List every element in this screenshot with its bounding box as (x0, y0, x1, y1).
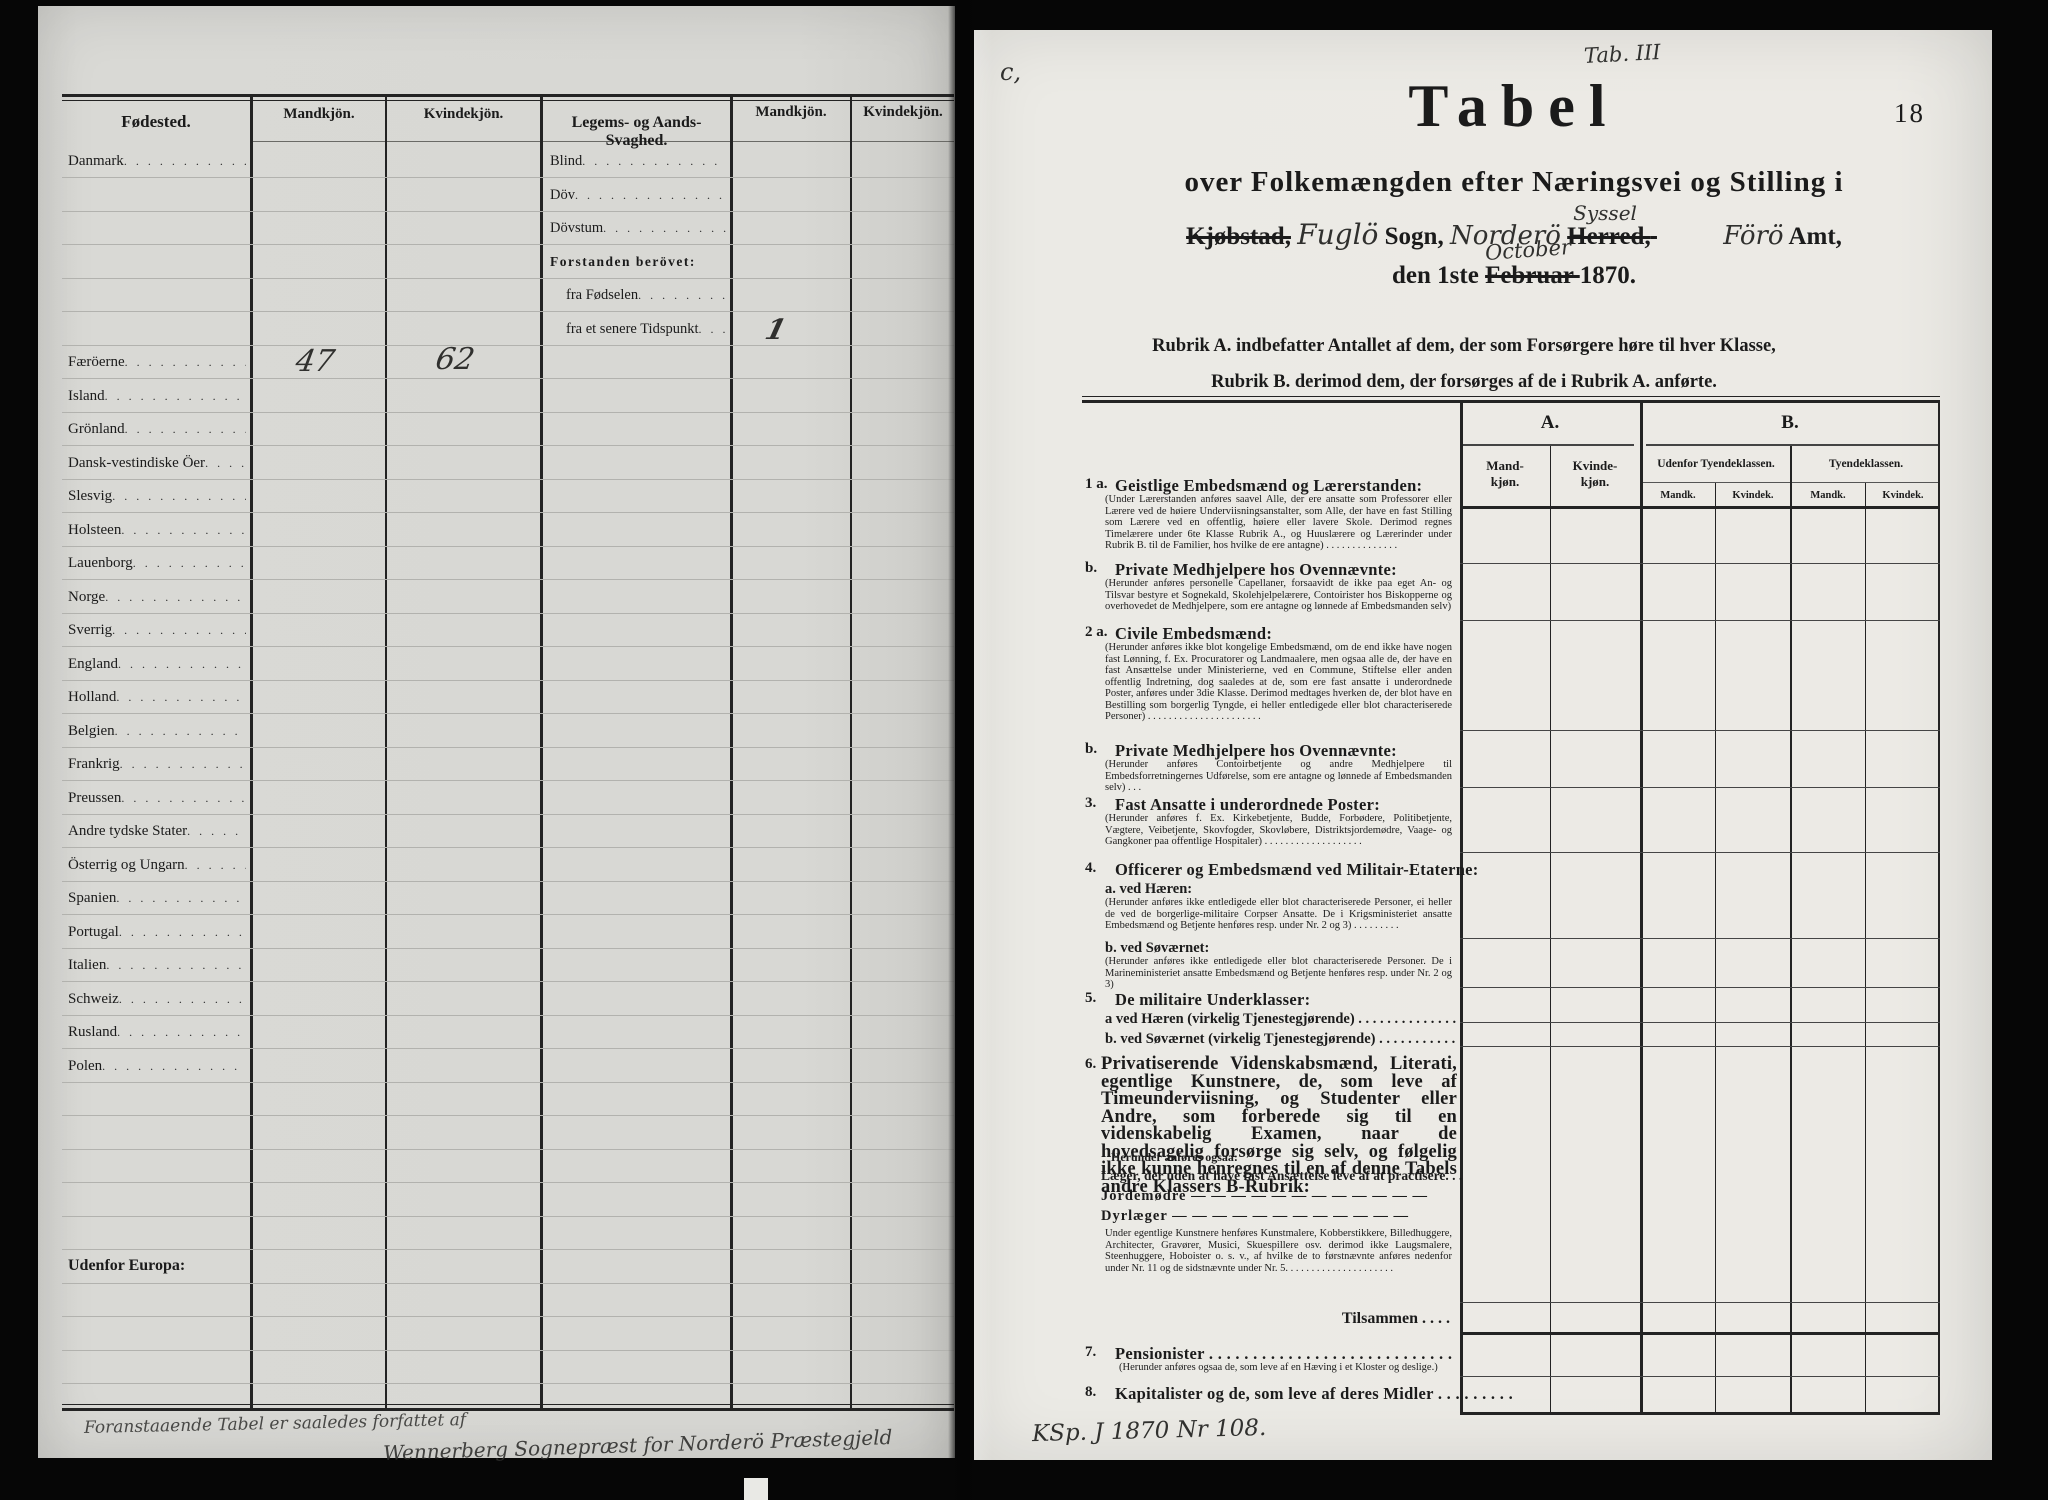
classification-item: 4.Officerer og Embedsmænd ved Militair-E… (1115, 860, 1450, 880)
item-number: 5. (1085, 990, 1113, 1007)
column-header-female2: Kvindekjön. (852, 104, 954, 121)
row-rule (62, 177, 954, 178)
row-rule (62, 311, 954, 312)
corner-mark-handwriting: c, (1000, 58, 1021, 86)
infirmity-row: Döv . . . . . . . . . . . . . . . . . . … (550, 187, 726, 204)
birthplace-label: Færöerne (68, 354, 125, 371)
column-header-male: Mandkjön. (253, 106, 385, 123)
syssel-handwriting: Syssel (1573, 201, 1637, 225)
item-text: Dyrlæger — — — — — — — — — — — — (1101, 1208, 1450, 1225)
infirmity-row: Blind . . . . . . . . . . . . . . . . . … (550, 153, 726, 170)
grid-row-rule (1460, 1302, 1940, 1303)
item-text: b. ved Søværnet (virkelig Tjenestegjøren… (1105, 1031, 1450, 1048)
birthplace-row: Dansk-vestindiske Öer . . . . . . . . . … (68, 455, 246, 472)
row-rule (62, 1048, 954, 1049)
dotted-leader: . . . . . . . . . . . . . . . . . . . . … (125, 422, 246, 437)
dotted-leader: . . . . . . . . . . . . . . . . . . . . … (102, 1059, 246, 1074)
table-top-rule (1082, 400, 1940, 403)
item-text: (Herunder anføres ogsaa de, som leve af … (1119, 1362, 1450, 1373)
classification-item: (Herunder anføres ikke entledigede eller… (1115, 956, 1450, 991)
herred-label-struck: Herred, Syssel (1567, 223, 1657, 250)
grid-row-rule (1460, 730, 1940, 731)
header-a-male-l1: Mand- (1486, 458, 1524, 473)
item-number: b. (1085, 560, 1113, 577)
row-rule (62, 948, 954, 949)
item-number: 3. (1085, 795, 1113, 812)
row-rule (62, 914, 954, 915)
item-number: 8. (1085, 1384, 1113, 1401)
rule-line (1460, 444, 1634, 446)
classification-item: Tilsammen . . . . (1115, 1310, 1450, 1328)
item-text: Civile Embedsmænd: (1115, 624, 1450, 644)
item-text: (Herunder anføres ikke blot kongelige Em… (1105, 642, 1452, 723)
row-rule (62, 981, 954, 982)
birthplace-label: Danmark (68, 153, 124, 170)
row-rule (62, 546, 954, 547)
infirmity-row: Dövstum . . . . . . . . . . . . . . . . … (550, 220, 726, 237)
column-header-male2: Mandkjön. (732, 104, 850, 121)
row-rule (62, 646, 954, 647)
birthplace-row: Sverrig . . . . . . . . . . . . . . . . … (68, 622, 246, 639)
header-a-male: Mand- kjøn. (1460, 458, 1550, 490)
classification-item: Under egentlige Kunstnere henføres Kunst… (1115, 1228, 1450, 1274)
rule-line (62, 1408, 954, 1411)
row-rule (62, 278, 954, 279)
grid-column-rule (1865, 483, 1866, 1412)
birthplace-label: Sverrig (68, 622, 112, 639)
birthplace-label: Belgien (68, 723, 115, 740)
birthplace-row: Portugal . . . . . . . . . . . . . . . .… (68, 924, 246, 941)
infirmity-label: Forstanden berövet: (550, 254, 696, 270)
dotted-leader: . . . . . . . . . . . . . . . . . . . . … (187, 824, 246, 839)
item-text: Private Medhjelpere hos Ovennævnte: (1115, 560, 1450, 580)
item-number: 7. (1085, 1344, 1113, 1361)
infirmity-label: fra Fødselen (566, 287, 638, 304)
grid-header-bottom (1460, 506, 1940, 509)
item-text: Jordemødre — — — — — — — — — — — — (1101, 1188, 1450, 1205)
classification-item: Læger, der uden at have fast Ansættelse … (1115, 1168, 1450, 1184)
item-text: a. ved Hæren: (1105, 881, 1450, 898)
dotted-leader: . . . . . . . . . . . . . . . . . . . . … (112, 623, 246, 638)
row-rule (62, 1115, 954, 1116)
item-text: (Herunder anføres personelle Capellaner,… (1105, 578, 1452, 613)
birthplace-row: Danmark . . . . . . . . . . . . . . . . … (68, 153, 246, 170)
row-rule (62, 512, 954, 513)
rubrik-b-note: Rubrik B. derimod dem, der forsørges af … (1084, 372, 1844, 393)
classification-item: (Herunder anføres ikke blot kongelige Em… (1115, 642, 1450, 723)
row-rule (62, 579, 954, 580)
classification-item: (Herunder anføres personelle Capellaner,… (1115, 578, 1450, 613)
scanned-census-spread: Fødested. Mandkjön. Kvindekjön. Legems- … (0, 0, 2048, 1500)
column-rule (730, 97, 733, 1408)
grid-row-rule (1460, 938, 1940, 939)
item-text: Læger, der uden at have fast Ansættelse … (1101, 1168, 1450, 1184)
item-text: Pensionister . . . . . . . . . . . . . .… (1115, 1344, 1450, 1364)
row-rule (62, 412, 954, 413)
birthplace-label: Slesvig (68, 488, 112, 505)
row-rule (62, 345, 954, 346)
grid-row-rule (1460, 852, 1940, 853)
grid-column-rule (1550, 446, 1551, 1412)
infirmity-label: Blind (550, 153, 582, 170)
grid-column-rule (1938, 403, 1940, 1412)
birthplace-label: England (68, 656, 118, 673)
classification-item: Dyrlæger — — — — — — — — — — — — (1115, 1208, 1450, 1225)
page-under-sliver (744, 1478, 768, 1500)
dotted-leader: . . . . . . . . . . . . . . . . . . . . … (185, 858, 246, 873)
column-rule (250, 97, 253, 1408)
birthplace-label: Österrig og Ungarn (68, 857, 185, 874)
grid-column-rule (1715, 483, 1716, 1412)
header-sub-col: Mandk. (1642, 490, 1714, 501)
item-text: Fast Ansatte i underordnede Poster: (1115, 795, 1450, 815)
item-text: (Under Lærerstanden anføres saavel Alle,… (1105, 494, 1452, 552)
row-rule (62, 1249, 954, 1250)
item-text: (Herunder anføres ikke entledigede eller… (1105, 956, 1452, 991)
birthplace-row: Polen . . . . . . . . . . . . . . . . . … (68, 1058, 246, 1075)
dotted-leader: . . . . . . . . . . . . . . . . . . . . … (133, 556, 246, 571)
birthplace-row: Spanien . . . . . . . . . . . . . . . . … (68, 890, 246, 907)
grid-row-rule-bold (1460, 1332, 1940, 1335)
classification-item: Jordemødre — — — — — — — — — — — — (1115, 1188, 1450, 1205)
month-text: Februar (1485, 262, 1573, 289)
infirmity-row: fra et senere Tidspunkt . . . . . . . . … (566, 321, 726, 338)
entry-value-female: 62 (433, 342, 477, 377)
header-group-b: B. (1640, 412, 1940, 434)
grid-column-rule (1790, 446, 1792, 1412)
header-sub-col: Mandk. (1792, 490, 1864, 501)
tab-mark-handwriting: Tab. III (1583, 40, 1661, 68)
grid-row-rule (1460, 1022, 1940, 1023)
item-text: Geistlige Embedsmænd og Lærerstanden: (1115, 476, 1450, 496)
column-rule (850, 97, 852, 1408)
birthplace-label: Norge (68, 589, 105, 606)
row-rule (62, 211, 954, 212)
birthplace-label: Grönland (68, 421, 125, 438)
item-text: De militaire Underklasser: (1115, 990, 1450, 1010)
row-rule (62, 479, 954, 480)
kjobstad-label-struck: Kjøbstad, (1186, 223, 1291, 250)
row-rule (62, 847, 954, 848)
birthplace-row: Lauenborg . . . . . . . . . . . . . . . … (68, 555, 246, 572)
header-a-female-l1: Kvinde- (1573, 458, 1618, 473)
birthplace-label: Portugal (68, 924, 119, 941)
birthplace-label: Holsteen (68, 522, 121, 539)
classification-item: 5.De militaire Underklasser: (1115, 990, 1450, 1010)
birthplace-label: Schweiz (68, 991, 119, 1008)
row-rule (62, 713, 954, 714)
birthplace-row: Frankrig . . . . . . . . . . . . . . . .… (68, 756, 246, 773)
grid-row-rule (1460, 620, 1940, 621)
header-group-a: A. (1460, 412, 1640, 434)
item-number: 1 a. (1085, 476, 1113, 493)
item-number: 6. (1085, 1056, 1113, 1073)
dotted-leader: . . . . . . . . . . . . . . . . . . . . … (119, 992, 246, 1007)
classification-item: b. ved Søværnet: (1115, 940, 1450, 957)
amt-label: Amt, (1788, 223, 1841, 250)
date-prefix: den 1ste (1392, 262, 1479, 289)
row-rule (62, 1350, 954, 1351)
row-rule (62, 1149, 954, 1150)
month-label-struck: Februar October (1485, 262, 1580, 289)
classification-item: 1 a.Geistlige Embedsmænd og Lærerstanden… (1115, 476, 1450, 496)
grid-row-rule (1460, 1046, 1940, 1047)
infirmity-label: Döv (550, 187, 575, 204)
column-header-female: Kvindekjön. (387, 106, 540, 123)
classification-item: (Herunder anføres ogsaa de, som leve af … (1115, 1362, 1450, 1373)
section-heading: Udenfor Europa: (68, 1257, 185, 1275)
item-text: Under egentlige Kunstnere henføres Kunst… (1105, 1228, 1452, 1274)
classification-item: 2 a.Civile Embedsmænd: (1115, 624, 1450, 644)
header-sub-col: Kvindek. (1717, 490, 1789, 501)
classification-item: Herunder anføres ogsaa: (1115, 1150, 1450, 1165)
birthplace-row: Holsteen . . . . . . . . . . . . . . . .… (68, 522, 246, 539)
grid-row-rule (1460, 987, 1940, 988)
rule-line (62, 94, 954, 97)
birthplace-row: Andre tydske Stater . . . . . . . . . . … (68, 823, 246, 840)
classification-item: 3.Fast Ansatte i underordnede Poster: (1115, 795, 1450, 815)
row-rule (62, 1316, 954, 1317)
birthplace-row: England . . . . . . . . . . . . . . . . … (68, 656, 246, 673)
table-top-rule (1082, 396, 1940, 397)
row-rule (62, 1015, 954, 1016)
journal-ref-handwriting: KSp. J 1870 Nr 108. (1032, 1415, 1267, 1447)
item-number: b. (1085, 741, 1113, 758)
dotted-leader: . . . . . . . . . . . . . . . . . . . . … (205, 456, 246, 471)
item-text: (Herunder anføres Contoirbetjente og and… (1105, 759, 1452, 794)
date-line: den 1ste Februar October 1870. (1064, 262, 1964, 290)
rule-line (1646, 444, 1940, 446)
classification-item: (Under Lærerstanden anføres saavel Alle,… (1115, 494, 1450, 552)
herred-text: Herred, (1567, 223, 1651, 250)
dotted-leader: . . . . . . . . . . . . . . . . . . . . … (116, 690, 246, 705)
item-text: Private Medhjelpere hos Ovennævnte: (1115, 741, 1450, 761)
classification-item: b. ved Søværnet (virkelig Tjenestegjøren… (1115, 1031, 1450, 1048)
dotted-leader: . . . . . . . . . . . . . . . . . . . . … (120, 757, 246, 772)
dotted-leader: . . . . . . . . . . . . . . . . . . . . … (112, 489, 246, 504)
page-title: Tabel (1114, 72, 1914, 141)
birthplace-label: Holland (68, 689, 116, 706)
dotted-leader: . . . . . . . . . . . . . . . . . . . . … (118, 657, 246, 672)
birthplace-label: Italien (68, 957, 106, 974)
infirmity-label: Dövstum (550, 220, 603, 237)
dotted-leader: . . . . . . . . . . . . . . . . . . . . … (116, 891, 246, 906)
birthplace-row: Österrig og Ungarn . . . . . . . . . . .… (68, 857, 246, 874)
birthplace-row: Færöerne . . . . . . . . . . . . . . . .… (68, 354, 246, 371)
row-rule (62, 780, 954, 781)
row-rule (62, 814, 954, 815)
birthplace-row: Italien . . . . . . . . . . . . . . . . … (68, 957, 246, 974)
item-text: Kapitalister og de, som leve af deres Mi… (1115, 1384, 1450, 1404)
row-rule (62, 680, 954, 681)
month-handwriting: October (1484, 235, 1571, 265)
column-header-infirmity: Legems- og Aands-Svaghed. (543, 114, 730, 150)
year-label: 1870. (1580, 262, 1636, 289)
column-rule (385, 97, 387, 1408)
row-rule (62, 378, 954, 379)
sogn-label: Sogn, (1385, 223, 1444, 250)
dotted-leader: . . . . . . . . . . . . . . . . . . . . … (603, 221, 726, 236)
classification-item: a ved Hæren (virkelig Tjenestegjørende) … (1115, 1011, 1450, 1028)
row-rule (62, 1082, 954, 1083)
dotted-leader: . . . . . . . . . . . . . . . . . . . . … (121, 523, 246, 538)
column-header-birthplace: Fødested. (62, 112, 250, 132)
classification-item: b.Private Medhjelpere hos Ovennævnte: (1115, 741, 1450, 761)
header-a-female-l2: kjøn. (1581, 474, 1610, 489)
classification-item: 8.Kapitalister og de, som leve af deres … (1115, 1384, 1450, 1404)
entry-value-male: 47 (293, 344, 337, 379)
birthplace-row: Grönland . . . . . . . . . . . . . . . .… (68, 421, 246, 438)
dotted-leader: . . . . . . . . . . . . . . . . . . . . … (582, 154, 726, 169)
grid-row-rule (1460, 787, 1940, 788)
page-subtitle: over Folkemængden efter Næringsvei og St… (1064, 166, 1964, 199)
rule-line (62, 1404, 954, 1405)
birthplace-label: Andre tydske Stater (68, 823, 187, 840)
dotted-leader: . . . . . . . . . . . . . . . . . . . . … (119, 925, 246, 940)
birthplace-label: Preussen (68, 790, 121, 807)
header-sub-col: Kvindek. (1867, 490, 1939, 501)
header-a-female: Kvinde- kjøn. (1550, 458, 1640, 490)
dotted-leader: . . . . . . . . . . . . . . . . . . . . … (575, 188, 726, 203)
column-rule (540, 97, 543, 1408)
left-page: Fødested. Mandkjön. Kvindekjön. Legems- … (38, 6, 955, 1458)
row-rule (62, 1283, 954, 1284)
footer-signature-handwriting: Wennerberg Sognepræst for Norderö Præste… (383, 1425, 893, 1465)
birthplace-row: Belgien . . . . . . . . . . . . . . . . … (68, 723, 246, 740)
dotted-leader: . . . . . . . . . . . . . . . . . . . . … (105, 590, 246, 605)
footer-note-handwriting: Foranstaaende Tabel er saaledes forfatte… (84, 1410, 466, 1438)
row-rule (62, 1182, 954, 1183)
dotted-leader: . . . . . . . . . . . . . . . . . . . . … (117, 1025, 246, 1040)
rule-line (62, 100, 954, 101)
parish-handwriting: Fuglö (1297, 218, 1378, 251)
birthplace-row: Slesvig . . . . . . . . . . . . . . . . … (68, 488, 246, 505)
classification-item: (Herunder anføres ikke entledigede eller… (1115, 897, 1450, 932)
item-text: Herunder anføres ogsaa: (1111, 1150, 1450, 1165)
birthplace-row: Schweiz . . . . . . . . . . . . . . . . … (68, 991, 246, 1008)
grid-row-rule (1460, 1376, 1940, 1377)
header-b-group2: Tyendeklassen. (1792, 458, 1940, 470)
dotted-leader: . . . . . . . . . . . . . . . . . . . . … (106, 958, 246, 973)
birthplace-label: Polen (68, 1058, 102, 1075)
birthplace-label: Spanien (68, 890, 116, 907)
dotted-leader: . . . . . . . . . . . . . . . . . . . . … (125, 355, 246, 370)
birthplace-row: Norge . . . . . . . . . . . . . . . . . … (68, 589, 246, 606)
classification-item: (Herunder anføres Contoirbetjente og and… (1115, 759, 1450, 794)
classification-item: (Herunder anføres f. Ex. Kirkebetjente, … (1115, 813, 1450, 848)
row-rule (62, 1383, 954, 1384)
rubrik-a-note: Rubrik A. indbefatter Antallet af dem, d… (1084, 336, 1844, 357)
infirmity-label: fra et senere Tidspunkt (566, 321, 699, 338)
header-b-group1: Udenfor Tyendeklassen. (1642, 458, 1790, 470)
classification-item: 7.Pensionister . . . . . . . . . . . . .… (1115, 1344, 1450, 1364)
row-rule (62, 613, 954, 614)
row-rule (62, 881, 954, 882)
row-rule (62, 747, 954, 748)
birthplace-label: Dansk-vestindiske Öer (68, 455, 205, 472)
header-a-male-l2: kjøn. (1491, 474, 1520, 489)
grid-row-rule (1460, 563, 1940, 564)
entry-value-male2: 1 (762, 313, 790, 346)
birthplace-row: Island . . . . . . . . . . . . . . . . .… (68, 388, 246, 405)
dotted-leader: . . . . . . . . . . . . . . . . . . . . … (121, 791, 246, 806)
item-number: 4. (1085, 860, 1113, 877)
item-text: Tilsammen . . . . (1270, 1310, 1450, 1328)
item-number: 2 a. (1085, 624, 1113, 641)
grid-column-rule (1460, 403, 1463, 1412)
infirmity-row: Forstanden berövet: (550, 254, 726, 270)
row-rule (62, 445, 954, 446)
item-text: b. ved Søværnet: (1105, 940, 1450, 957)
right-page: c, Tab. III 18 Tabel over Folkemængden e… (974, 30, 1992, 1460)
birthplace-label: Rusland (68, 1024, 117, 1041)
dotted-leader: . . . . . . . . . . . . . . . . . . . . … (115, 724, 246, 739)
grid-column-rule (1640, 403, 1643, 1412)
birthplace-label: Island (68, 388, 105, 405)
birthplace-row: Preussen . . . . . . . . . . . . . . . .… (68, 790, 246, 807)
row-rule (62, 1216, 954, 1217)
birthplace-row: Holland . . . . . . . . . . . . . . . . … (68, 689, 246, 706)
item-text: Officerer og Embedsmænd ved Militair-Eta… (1115, 860, 1450, 880)
item-text: a ved Hæren (virkelig Tjenestegjørende) … (1105, 1011, 1450, 1028)
grid-bottom-rule (1460, 1412, 1940, 1415)
item-text: (Herunder anføres ikke entledigede eller… (1105, 897, 1452, 932)
row-rule (62, 244, 954, 245)
dotted-leader: . . . . . . . . . . . . . . . . . . . . … (105, 389, 246, 404)
dotted-leader: . . . . . . . . . . . . . . . . . . . . … (124, 154, 246, 169)
infirmity-row: fra Fødselen . . . . . . . . . . . . . .… (566, 287, 726, 304)
classification-item: a. ved Hæren: (1115, 881, 1450, 898)
birthplace-row: Rusland . . . . . . . . . . . . . . . . … (68, 1024, 246, 1041)
amt-handwriting: Förö (1723, 221, 1783, 251)
classification-item: b.Private Medhjelpere hos Ovennævnte: (1115, 560, 1450, 580)
dotted-leader: . . . . . . . . . . . . . . . . . . . . … (638, 288, 726, 303)
item-text: (Herunder anføres f. Ex. Kirkebetjente, … (1105, 813, 1452, 848)
dotted-leader: . . . . . . . . . . . . . . . . . . . . … (699, 322, 727, 337)
birthplace-label: Frankrig (68, 756, 120, 773)
birthplace-label: Lauenborg (68, 555, 133, 572)
